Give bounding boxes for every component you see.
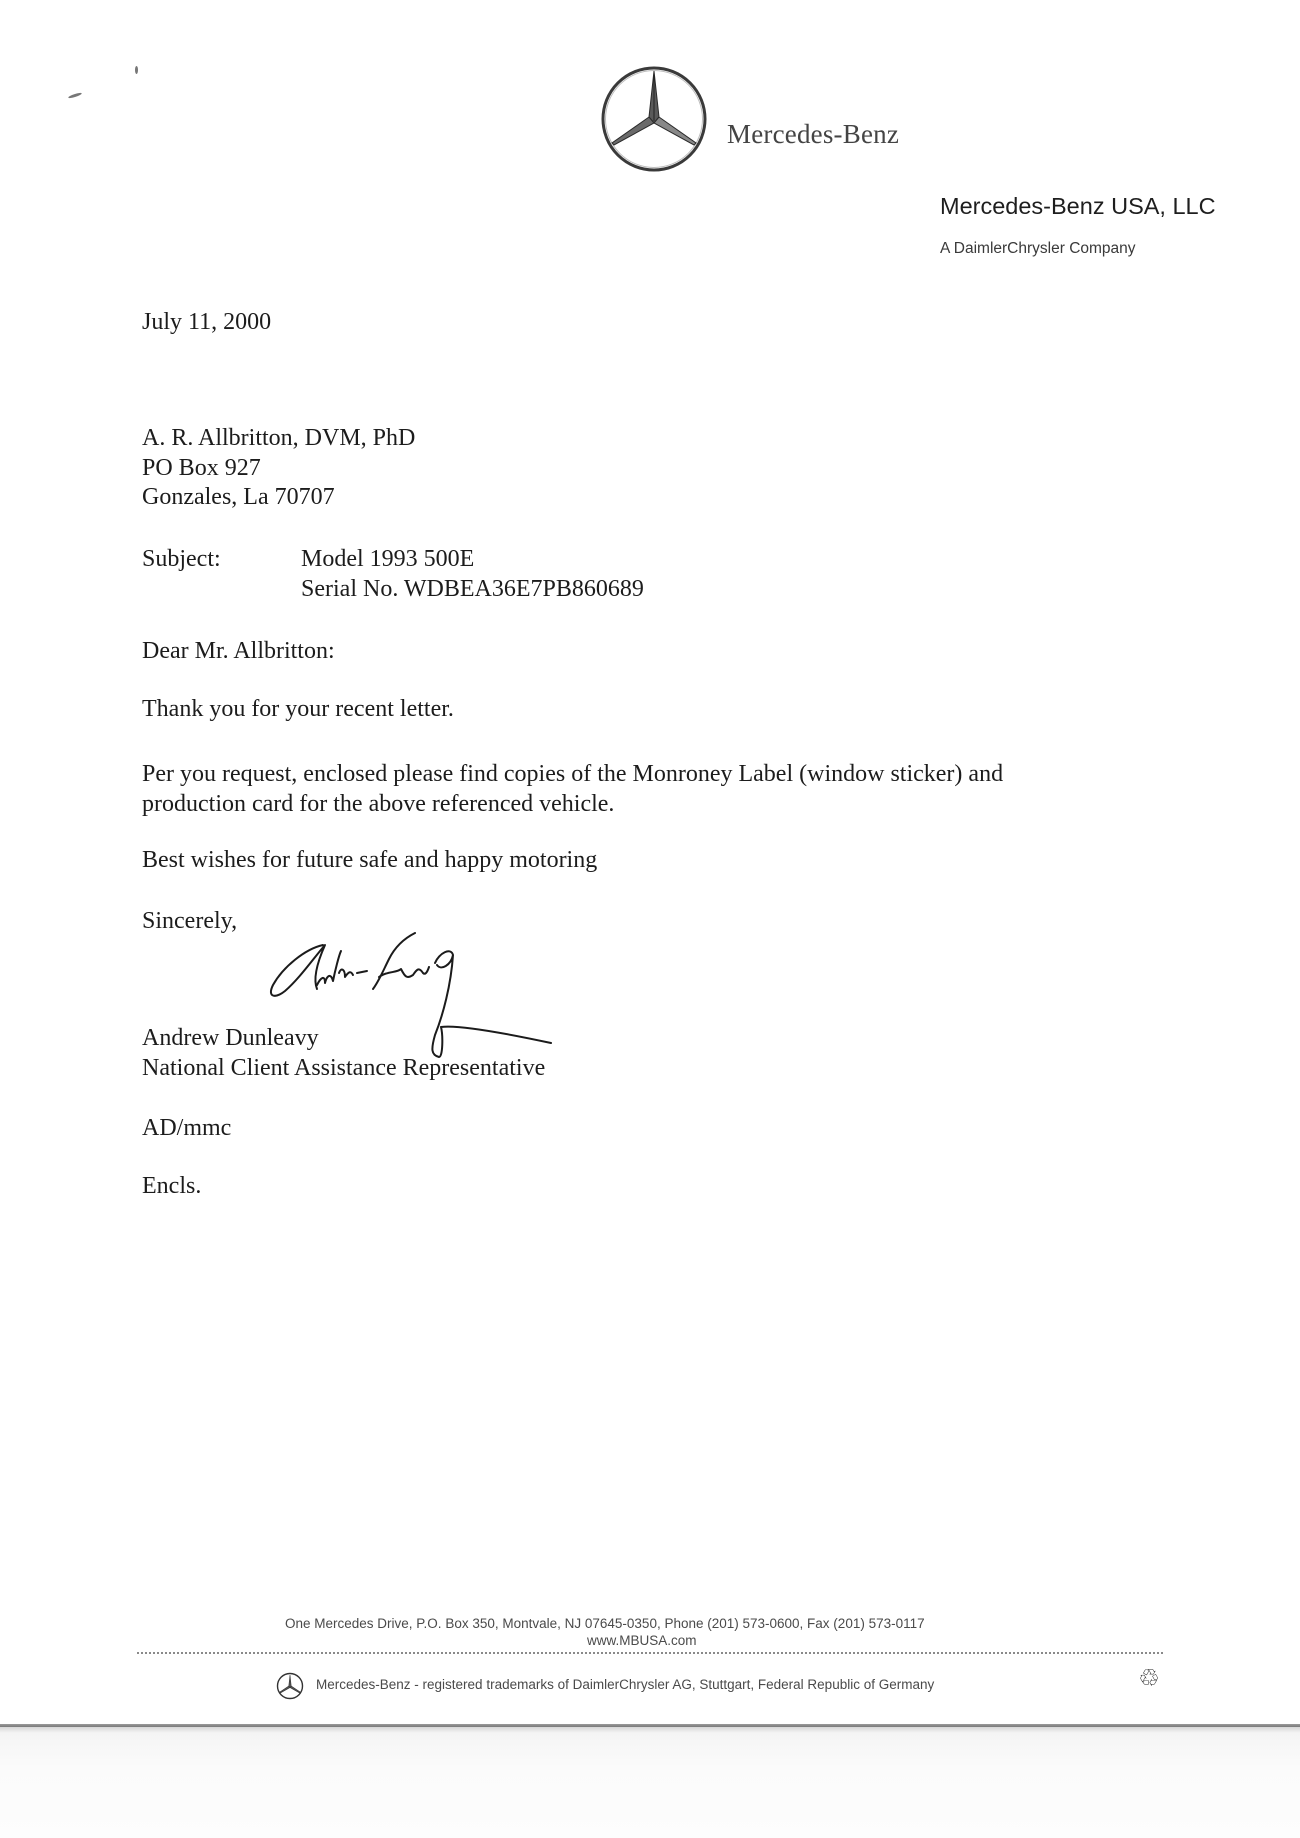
footer-address: One Mercedes Drive, P.O. Box 350, Montva… xyxy=(285,1616,925,1631)
recipient-address-line2: Gonzales, La 70707 xyxy=(142,483,415,513)
mercedes-star-small-icon xyxy=(276,1672,304,1700)
brand-wordmark: Mercedes-Benz xyxy=(727,119,899,150)
parent-company: A DaimlerChrysler Company xyxy=(940,240,1136,258)
scanner-background xyxy=(0,1727,1300,1838)
reference-initials: AD/mmc xyxy=(142,1114,231,1144)
scan-speck xyxy=(135,66,138,74)
letter-date: July 11, 2000 xyxy=(142,308,271,338)
subject-details: Model 1993 500E Serial No. WDBEA36E7PB86… xyxy=(301,545,644,604)
recipient-name: A. R. Allbritton, DVM, PhD xyxy=(142,424,415,454)
subject-label: Subject: xyxy=(142,545,221,575)
signer-title: National Client Assistance Representativ… xyxy=(142,1054,545,1084)
company-name: Mercedes-Benz USA, LLC xyxy=(940,193,1216,220)
enclosures-notation: Encls. xyxy=(142,1172,201,1202)
signer-name: Andrew Dunleavy xyxy=(142,1024,545,1054)
subject-model: Model 1993 500E xyxy=(301,545,644,575)
mercedes-star-logo-icon xyxy=(600,65,708,173)
scan-speck xyxy=(68,92,82,99)
paragraph-request-line1: Per you request, enclosed please find co… xyxy=(142,760,1003,790)
paragraph-request-line2: production card for the above referenced… xyxy=(142,790,1003,820)
footer-website: www.MBUSA.com xyxy=(587,1633,697,1648)
recipient-address: A. R. Allbritton, DVM, PhD PO Box 927 Go… xyxy=(142,424,415,513)
salutation: Dear Mr. Allbritton: xyxy=(142,637,335,667)
recycle-icon: ♲ xyxy=(1135,1665,1163,1693)
paragraph-request: Per you request, enclosed please find co… xyxy=(142,760,1003,819)
closing: Sincerely, xyxy=(142,907,237,937)
recipient-address-line1: PO Box 927 xyxy=(142,454,415,484)
paragraph-thanks: Thank you for your recent letter. xyxy=(142,695,454,725)
paragraph-wishes: Best wishes for future safe and happy mo… xyxy=(142,846,597,876)
letter-page: Mercedes-Benz Mercedes-Benz USA, LLC A D… xyxy=(0,0,1300,1727)
footer-trademark-notice: Mercedes-Benz - registered trademarks of… xyxy=(316,1677,934,1692)
signer-block: Andrew Dunleavy National Client Assistan… xyxy=(142,1024,545,1083)
footer-divider xyxy=(137,1652,1163,1654)
subject-serial: Serial No. WDBEA36E7PB860689 xyxy=(301,575,644,605)
